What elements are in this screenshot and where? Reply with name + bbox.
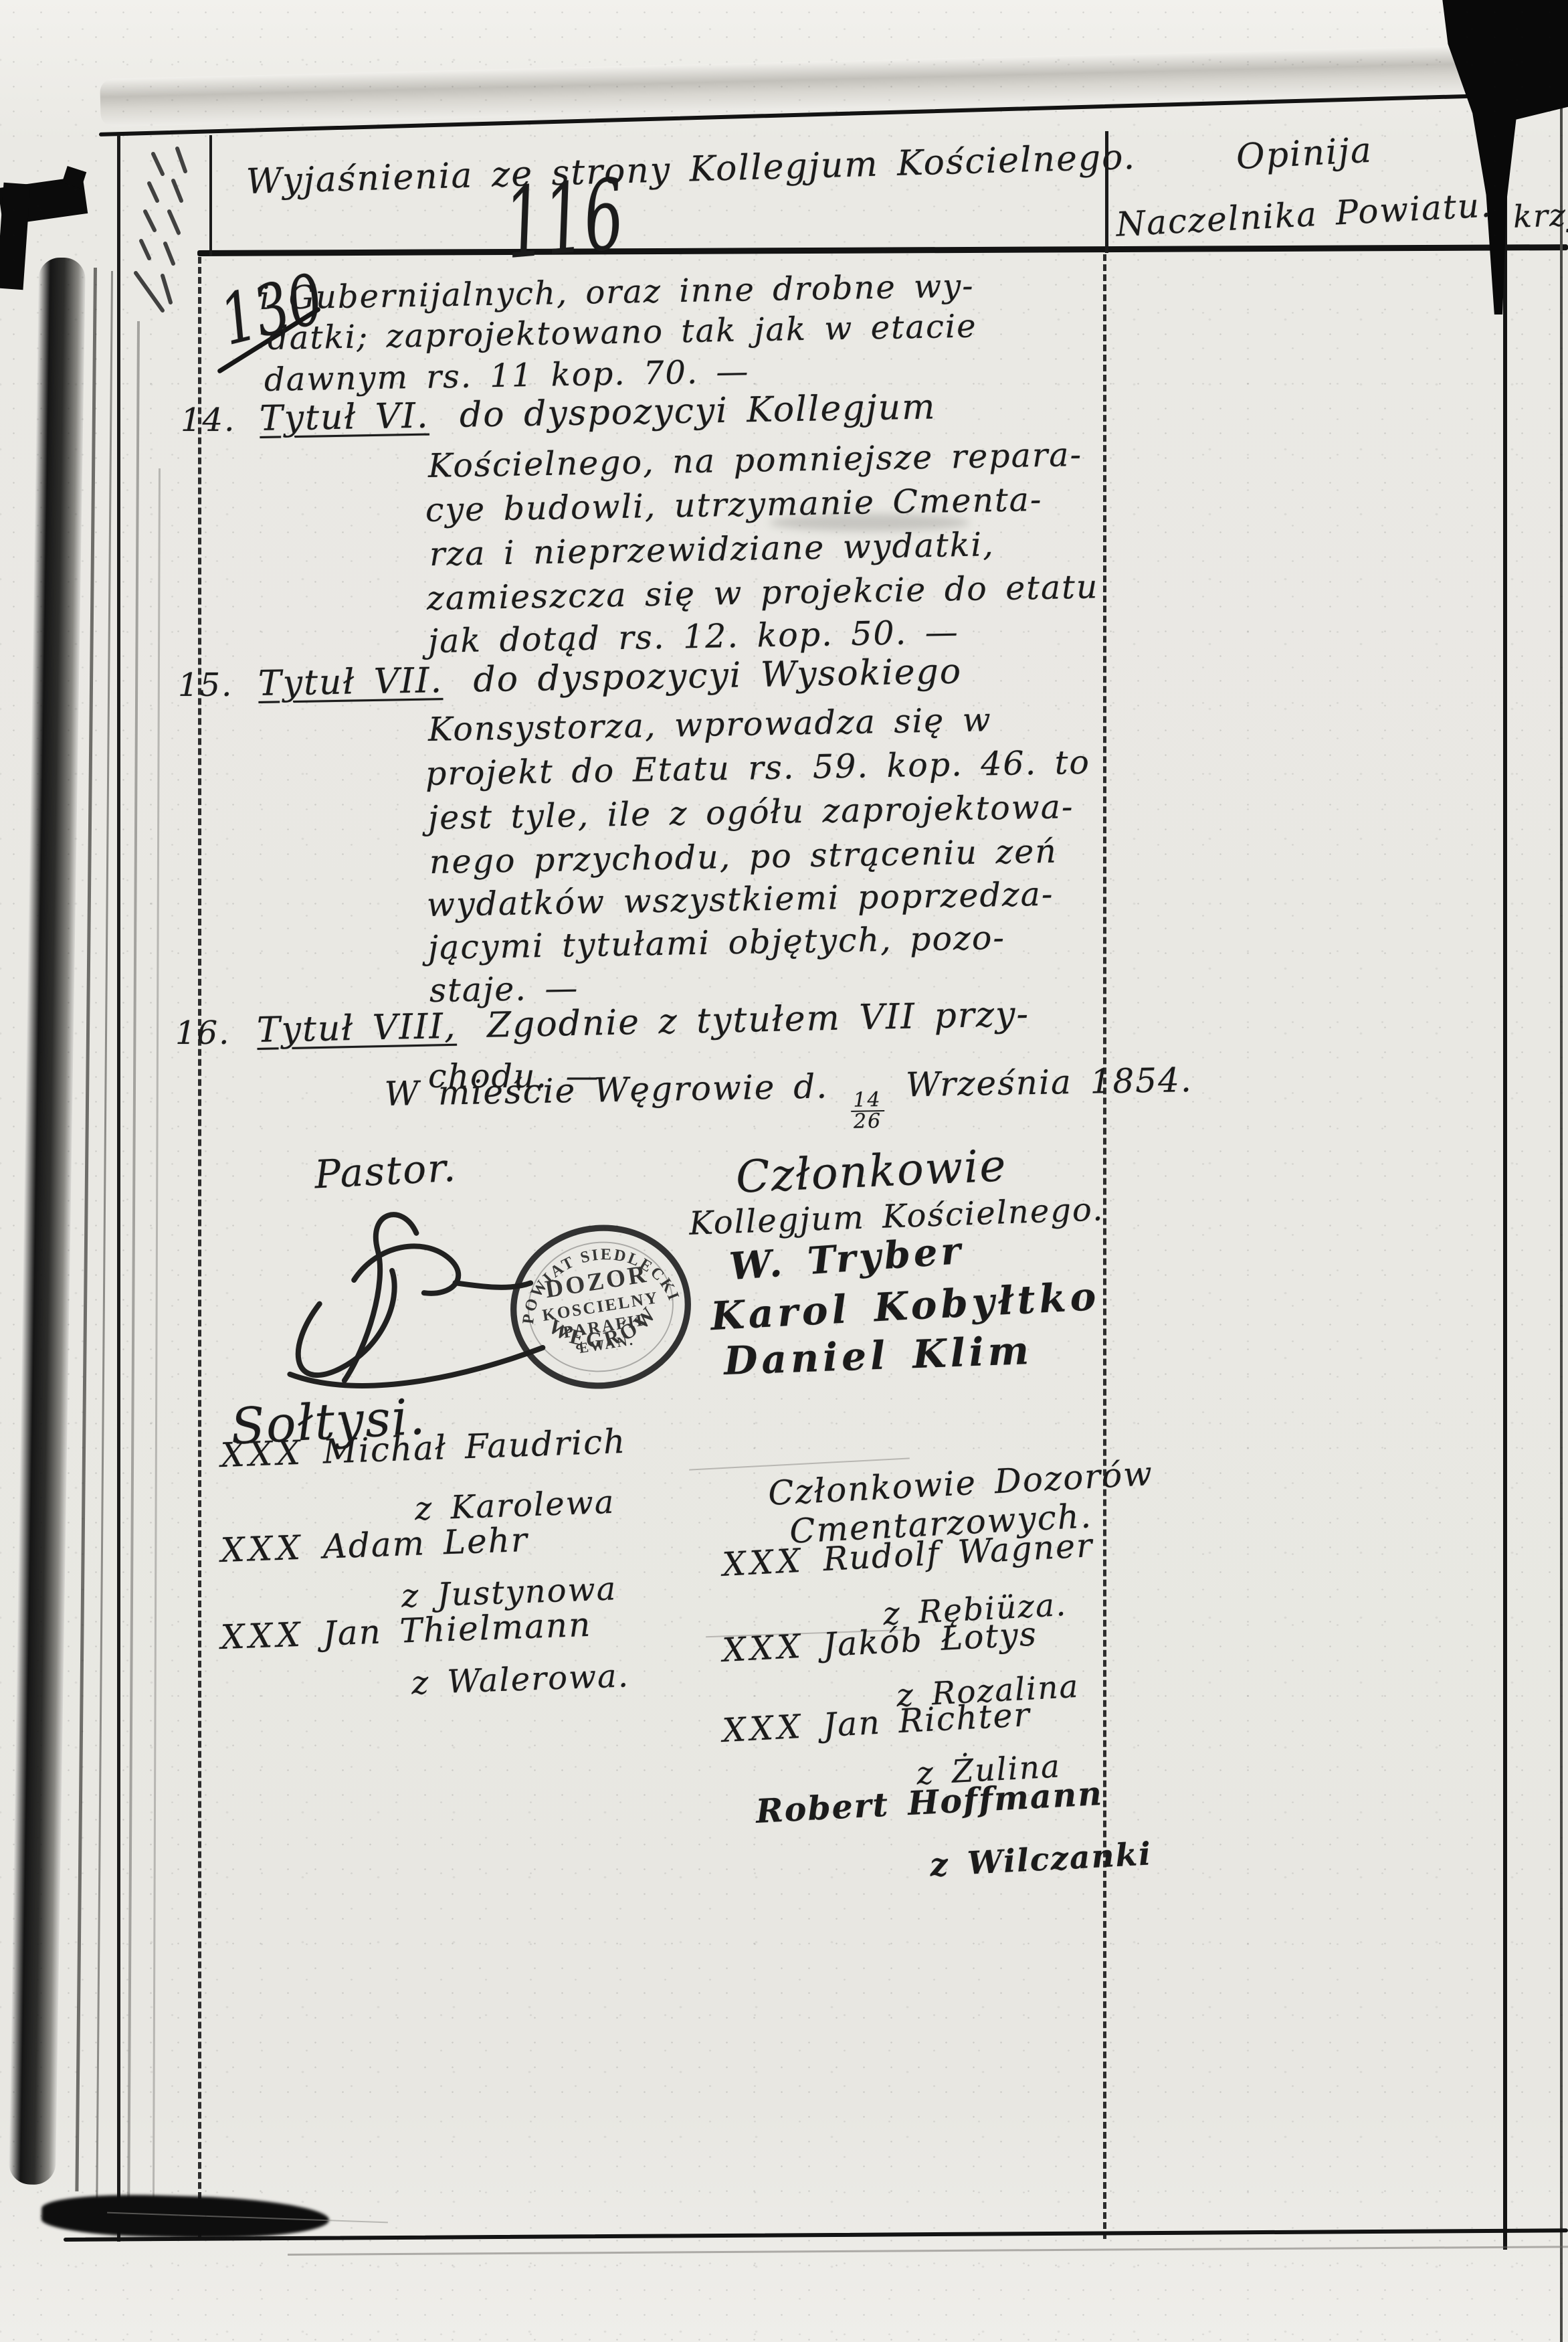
header-right-label-line1: Opinija [1236, 130, 1374, 178]
left-outer-rule [117, 135, 120, 2242]
header-left-label: Wyjaśnienia ze strony Kollegjum Kościeln… [246, 137, 1137, 202]
cemetery-entry-4-name: Robert Hoffmann [755, 1774, 1104, 1831]
page-edge-line-2 [96, 271, 113, 2198]
para15-line6: wydatków wszystkiemi poprzedza- [427, 875, 1054, 924]
para15-number: 15. [178, 666, 233, 704]
para14-line1-rest: do dyspozycyi Kollegjum [459, 387, 936, 435]
para15-line1: Tytuł VII. do dyspozycyi Wysokiego [258, 652, 962, 704]
soltysi-entry-3-name: XXXJan Thielmann [220, 1605, 592, 1657]
header-right-label-line2: Naczelnika Powiatu. [1115, 185, 1493, 244]
cemetery-entry-4-place: z Wilczanki [929, 1835, 1153, 1884]
margin-cell-rule [209, 135, 212, 256]
para16-title: Tytuł VIII, [256, 1006, 457, 1051]
cemetery-entry-3-name-text: Jan Richter [822, 1696, 1032, 1744]
para15-line3: projekt do Etatu rs. 59. kop. 46. to [425, 743, 1091, 793]
page-number-116: 116 [500, 159, 628, 282]
soltysi-entry-2-name-text: Adam Lehr [322, 1520, 529, 1566]
left-column-dashed-rule [198, 257, 201, 2239]
page-edge-line-3 [127, 321, 140, 2222]
dateline-pre: W mieście Węgrowie d. [384, 1067, 829, 1113]
para14-number: 14. [181, 401, 235, 439]
para16-line1: Tytuł VIII, Zgodnie z tytułem VII przy- [256, 994, 1030, 1051]
para14-line2: Kościelnego, na pomniejsze repara- [428, 436, 1083, 485]
cemetery-entry-2-mark: XXX [722, 1627, 805, 1670]
soltysi-entry-3-name-text: Jan Thielmann [322, 1605, 592, 1653]
dateline-post: Września 1854. [906, 1061, 1193, 1104]
soltysi-entry-3-mark: XXX [220, 1615, 305, 1657]
right-border-rule [1503, 100, 1507, 2250]
bottom-border-faint-line [288, 2246, 1568, 2256]
soltysi-entry-2-mark: XXX [220, 1528, 305, 1570]
top-left-ink-blob-stem [0, 183, 30, 290]
members-heading-line1: Członkowie [735, 1140, 1008, 1203]
cemetery-entry-1-mark: XXX [722, 1542, 805, 1584]
page-edge-line-4 [153, 468, 161, 2215]
margin-annotation-scribble [130, 142, 205, 321]
para15-line5: nego przychodu, po strąceniu zeń [429, 832, 1058, 881]
dateline-date-fraction: 14 26 [850, 1090, 884, 1132]
center-column-dashed-rule [1103, 254, 1106, 2239]
bottom-left-ink-smear [41, 2192, 330, 2242]
para15-title: Tytuł VII. [258, 660, 443, 704]
top-right-scan-blob [1432, 0, 1568, 314]
cemetery-entry-3-mark: XXX [722, 1708, 805, 1750]
para14-title: Tytuł VI. [259, 396, 429, 439]
cemetery-entry-4-name-text: Robert Hoffmann [755, 1774, 1104, 1831]
soltysi-entry-2-name: XXXAdam Lehr [220, 1520, 529, 1570]
para16-number: 16. [175, 1014, 230, 1052]
cemetery-entry-3-name: XXXJan Richter [722, 1696, 1032, 1750]
dateline: W mieście Węgrowie d. 14 26 Września 185… [384, 1061, 1193, 1140]
soltysi-entry-3-place: z Walerowa. [411, 1657, 630, 1702]
para15-line4: jest tyle, ile z ogółu zaprojektowa- [428, 788, 1074, 837]
para15-line7: jącymi tytułami objętych, pozo- [428, 919, 1006, 967]
parish-stamp: POWIAT SIEDLECKI WĘGRÓW DOZOR KOSCIELNY … [495, 1210, 706, 1405]
soltysi-entry-1-mark: XXX [220, 1433, 305, 1475]
adjacent-page-edge-rule [1560, 86, 1563, 2342]
header-bottom-line [197, 244, 1568, 256]
pastor-label: Pastor. [313, 1144, 458, 1197]
cemetery-entry-2-name-text: Jakób Łotys [822, 1615, 1038, 1664]
edge-text-right: krzy [1512, 196, 1568, 235]
cemetery-entry-2-name: XXXJakób Łotys [722, 1615, 1039, 1670]
para15-line1-rest: do dyspozycyi Wysokiego [473, 652, 963, 701]
para14-line4: rza i nieprzewidziane wydatki, [429, 525, 995, 573]
para14-line5: zamieszcza się w projekcie do etatu [427, 567, 1099, 618]
dateline-day-old-style: 26 [854, 1111, 882, 1132]
para15-line2: Konsystorza, wprowadza się w [428, 701, 993, 749]
dateline-day-new-style: 14 [850, 1090, 884, 1112]
binding-shadow-band [9, 257, 86, 2185]
document-scan: { "meta": { "page_number": "116", "cross… [0, 0, 1568, 2342]
